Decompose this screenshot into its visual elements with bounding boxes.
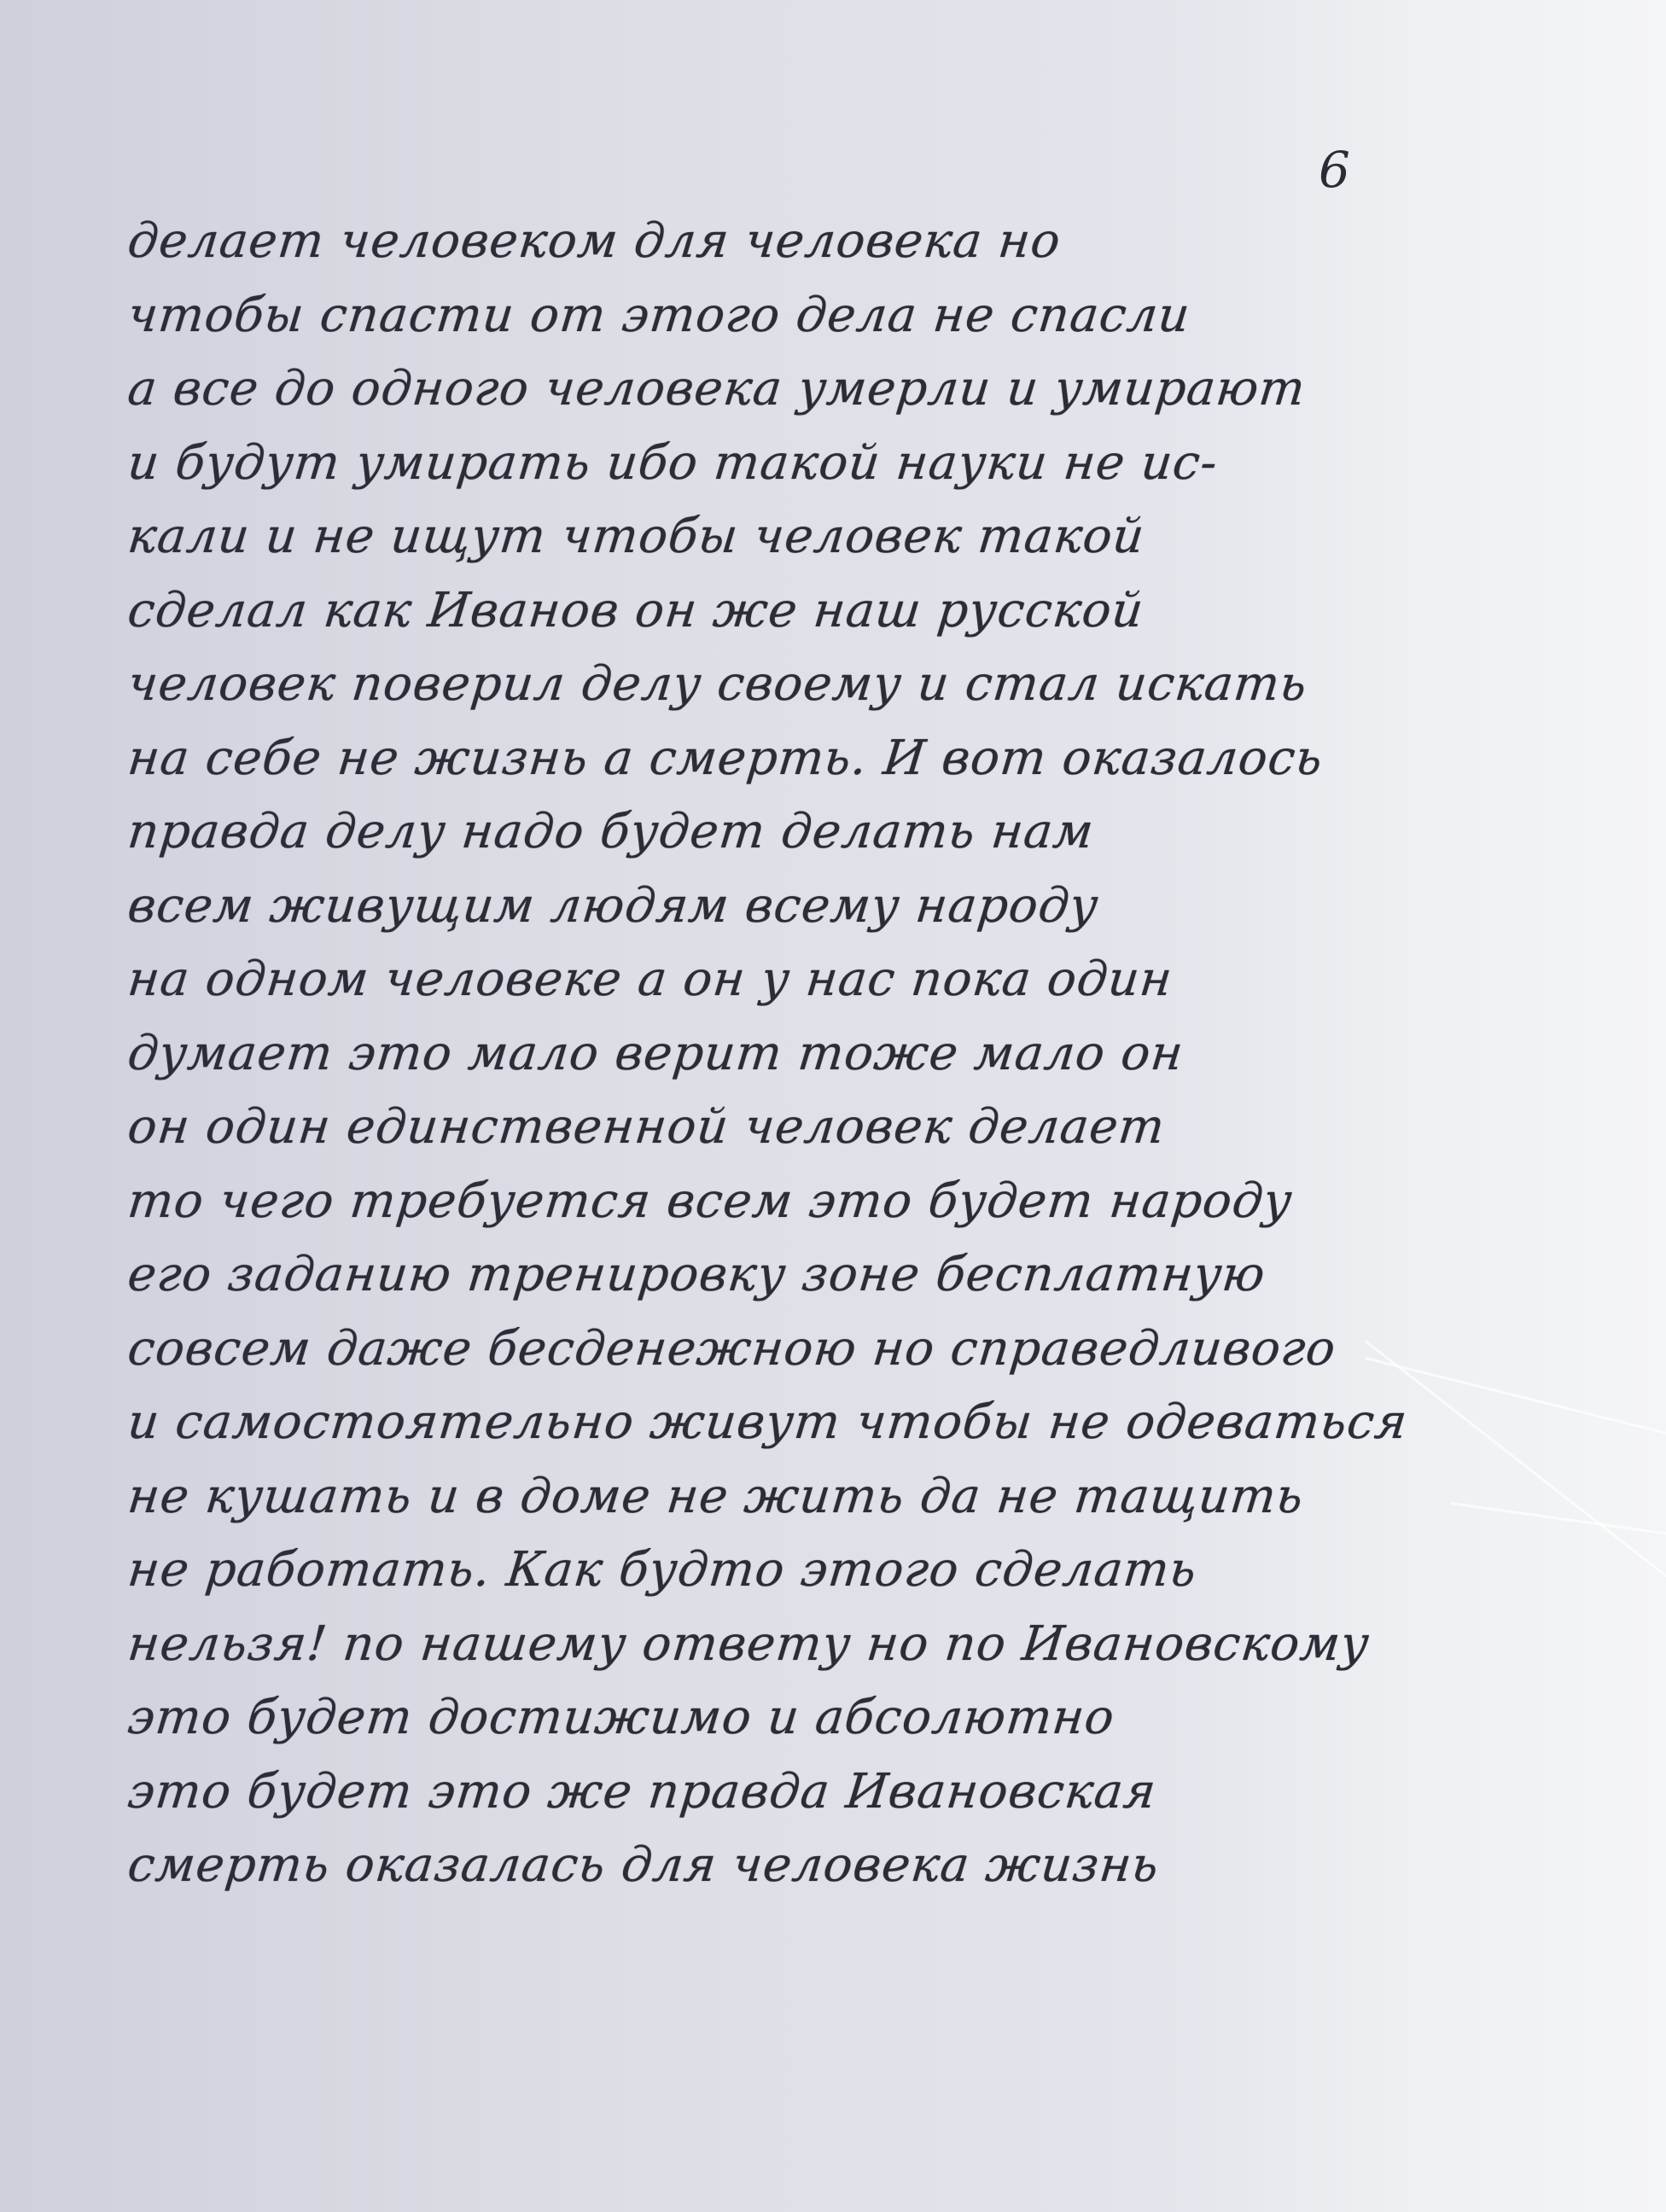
text-line: делает человеком для человека но — [124, 205, 1395, 279]
text-line: чтобы спасти от этого дела не спасли — [124, 279, 1395, 353]
text-line: нельзя! по нашему ответу но по Ивановско… — [124, 1608, 1395, 1682]
text-line: не работать. Как будто этого сделать — [124, 1534, 1395, 1608]
paper-fold-crease — [1365, 1340, 1666, 1615]
text-line: сделал как Иванов он же наш русской — [124, 574, 1395, 649]
text-line: а все до одного человека умерли и умираю… — [124, 352, 1395, 427]
handwritten-text-body: делает человеком для человека но чтобы с… — [128, 205, 1391, 1903]
text-line: человек поверил делу своему и стал искат… — [124, 648, 1395, 722]
paper-fold-crease — [1451, 1502, 1666, 1540]
text-line: его заданию тренировку зоне бесплатную — [124, 1238, 1395, 1313]
page-number: 6 — [1319, 141, 1350, 199]
handwritten-page: 6 делает человеком для человека но чтобы… — [0, 0, 1666, 2212]
text-line: правда делу надо будет делать нам — [124, 795, 1395, 870]
text-line: и будут умирать ибо такой науки не ис- — [124, 427, 1395, 501]
text-line: это будет достижимо и абсолютно — [124, 1681, 1395, 1755]
text-line: не кушать и в доме не жить да не тащить — [124, 1460, 1395, 1534]
text-line: на одном человеке а он у нас пока один — [124, 943, 1395, 1017]
text-line: смерть оказалась для человека жизнь — [124, 1829, 1395, 1903]
text-line: на себе не жизнь а смерть. И вот оказало… — [124, 722, 1395, 796]
text-line: это будет это же правда Ивановская — [124, 1755, 1395, 1830]
text-line: совсем даже бесденежною но справедливого — [124, 1313, 1395, 1387]
text-line: всем живущим людям всему народу — [124, 870, 1395, 944]
text-line: думает это мало верит тоже мало он — [124, 1017, 1395, 1091]
text-line: и самостоятельно живут чтобы не одеватьс… — [124, 1386, 1395, 1460]
text-line: кали и не ищут чтобы человек такой — [124, 500, 1395, 574]
paper-fold-crease — [1366, 1357, 1666, 1447]
text-line: то чего требуется всем это будет народу — [124, 1165, 1395, 1239]
text-line: он один единственной человек делает — [124, 1091, 1395, 1165]
